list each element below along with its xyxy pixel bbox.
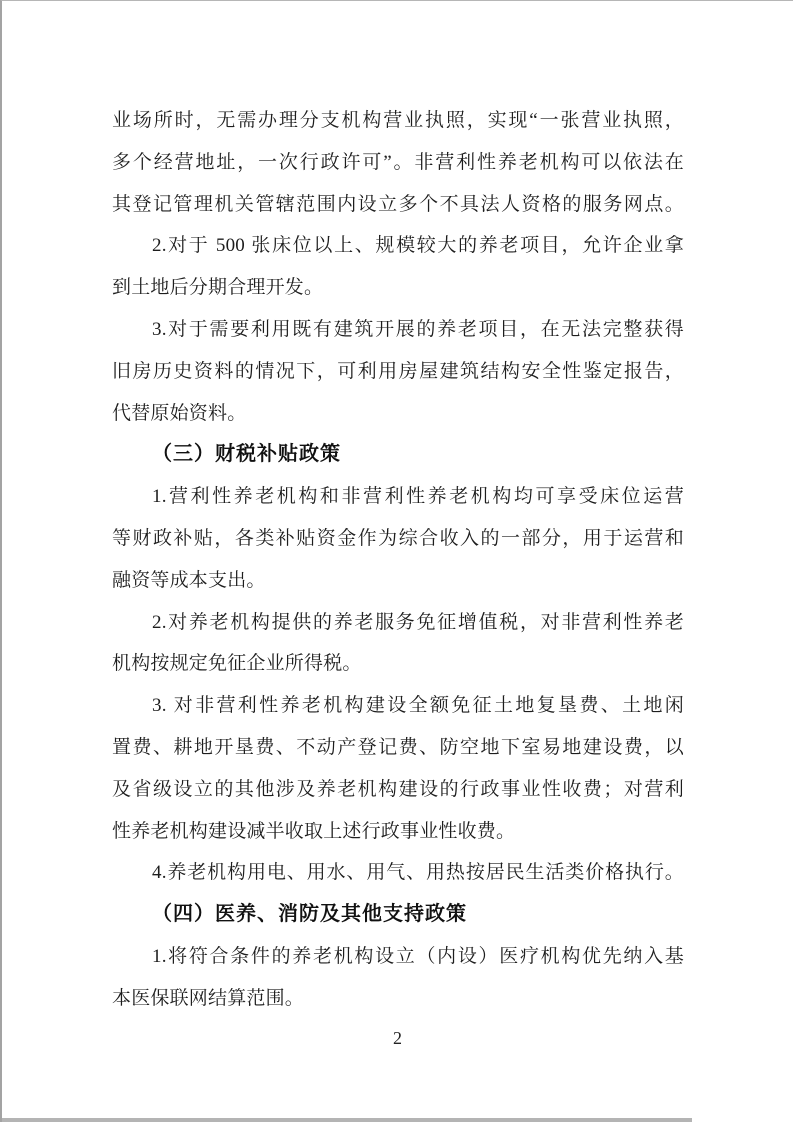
- line-text: 2.对养老机构提供的养老服务免征增值税，对非营利性养老: [152, 612, 684, 633]
- line-text: 2.对于 500 张床位以上、规模较大的养老项目，允许企业拿: [152, 235, 684, 256]
- heading-text: （三）财税补贴政策: [152, 443, 341, 465]
- line-text: 1.将符合条件的养老机构设立（内设）医疗机构优先纳入基: [152, 946, 684, 967]
- line-text: 代替原始资料。: [112, 403, 246, 424]
- line-text: 1.营利性养老机构和非营利性养老机构均可享受床位运营: [152, 486, 684, 507]
- text-line: 其登记管理机关管辖范围内设立多个不具法人资格的服务网点。: [112, 184, 684, 226]
- line-text: 4.养老机构用电、用水、用气、用热按居民生活类价格执行。: [152, 862, 684, 883]
- page-edge-shadow: [2, 1118, 692, 1122]
- text-line: 到土地后分期合理开发。: [112, 267, 684, 309]
- text-line: 等财政补贴，各类补贴资金作为综合收入的一部分，用于运营和: [112, 518, 684, 560]
- section-heading: （三）财税补贴政策: [112, 434, 684, 476]
- line-text: 机构按规定免征企业所得税。: [112, 653, 362, 674]
- line-text: 业场所时，无需办理分支机构营业执照，实现“一张营业执照，: [112, 110, 684, 131]
- line-text: 融资等成本支出。: [112, 570, 266, 591]
- text-line: 2.对养老机构提供的养老服务免征增值税，对非营利性养老: [112, 602, 684, 644]
- document-page: 业场所时，无需办理分支机构营业执照，实现“一张营业执照，多个经营地址，一次行政许…: [0, 0, 793, 1122]
- text-line: 置费、耕地开垦费、不动产登记费、防空地下室易地建设费，以: [112, 727, 684, 769]
- section-heading: （四）医养、消防及其他支持政策: [112, 894, 684, 936]
- line-text: 旧房历史资料的情况下，可利用房屋建筑结构安全性鉴定报告，: [112, 361, 684, 382]
- text-line: 代替原始资料。: [112, 393, 684, 435]
- text-line: 本医保联网结算范围。: [112, 978, 684, 1020]
- text-line: 2.对于 500 张床位以上、规模较大的养老项目，允许企业拿: [112, 225, 684, 267]
- heading-text: （四）医养、消防及其他支持政策: [152, 903, 467, 925]
- text-line: 1.将符合条件的养老机构设立（内设）医疗机构优先纳入基: [112, 936, 684, 978]
- text-line: 融资等成本支出。: [112, 560, 684, 602]
- line-text: 多个经营地址，一次行政许可”。非营利性养老机构可以依法在: [112, 152, 684, 173]
- line-text: 等财政补贴，各类补贴资金作为综合收入的一部分，用于运营和: [112, 528, 684, 549]
- line-text: 到土地后分期合理开发。: [112, 277, 323, 298]
- text-line: 及省级设立的其他涉及养老机构建设的行政事业性收费；对营利: [112, 769, 684, 811]
- line-text: 性养老机构建设减半收取上述行政事业性收费。: [112, 821, 515, 842]
- line-text: 置费、耕地开垦费、不动产登记费、防空地下室易地建设费，以: [112, 737, 684, 758]
- text-line: 1.营利性养老机构和非营利性养老机构均可享受床位运营: [112, 476, 684, 518]
- line-text: 本医保联网结算范围。: [112, 988, 304, 1009]
- page-number: 2: [2, 1023, 793, 1053]
- text-line: 性养老机构建设减半收取上述行政事业性收费。: [112, 811, 684, 853]
- text-line: 多个经营地址，一次行政许可”。非营利性养老机构可以依法在: [112, 142, 684, 184]
- text-line: 3. 对非营利性养老机构建设全额免征土地复垦费、土地闲: [112, 685, 684, 727]
- document-body: 业场所时，无需办理分支机构营业执照，实现“一张营业执照，多个经营地址，一次行政许…: [112, 100, 684, 1020]
- line-text: 及省级设立的其他涉及养老机构建设的行政事业性收费；对营利: [112, 779, 684, 800]
- text-line: 4.养老机构用电、用水、用气、用热按居民生活类价格执行。: [112, 852, 684, 894]
- text-line: 机构按规定免征企业所得税。: [112, 643, 684, 685]
- line-text: 3. 对非营利性养老机构建设全额免征土地复垦费、土地闲: [152, 695, 684, 716]
- text-line: 3.对于需要利用既有建筑开展的养老项目，在无法完整获得: [112, 309, 684, 351]
- line-text: 3.对于需要利用既有建筑开展的养老项目，在无法完整获得: [152, 319, 684, 340]
- text-line: 业场所时，无需办理分支机构营业执照，实现“一张营业执照，: [112, 100, 684, 142]
- line-text: 其登记管理机关管辖范围内设立多个不具法人资格的服务网点。: [112, 194, 684, 215]
- text-line: 旧房历史资料的情况下，可利用房屋建筑结构安全性鉴定报告，: [112, 351, 684, 393]
